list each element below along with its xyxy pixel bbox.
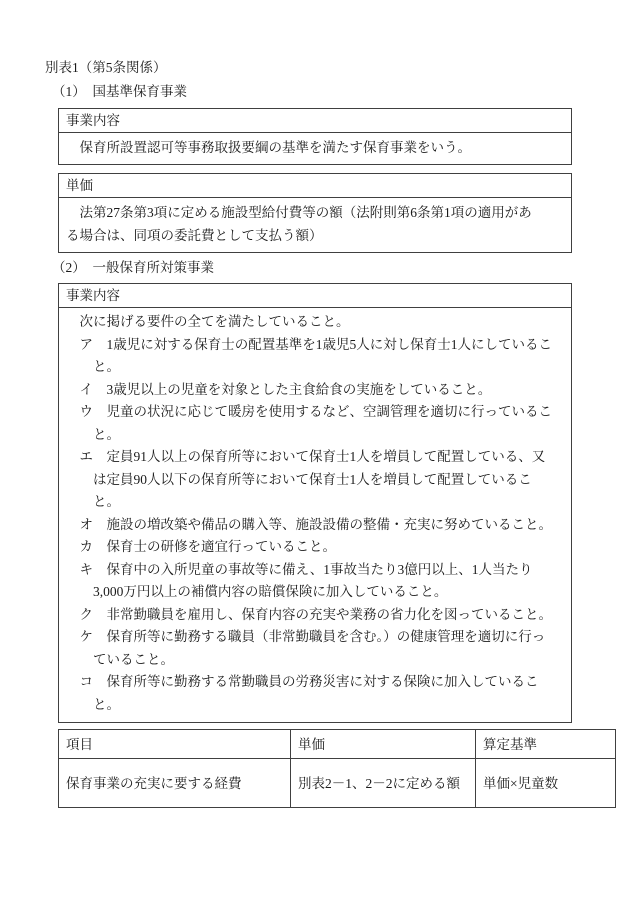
requirement-item: カ保育士の研修を適宜行っていること。 <box>66 536 557 559</box>
content-table-header: 事業内容 <box>59 109 571 133</box>
requirement-item: ウ児童の状況に応じて暖房を使用するなど、空調管理を適切に行っていること。 <box>66 401 557 446</box>
header-unit-price: 単価 <box>291 730 476 759</box>
item-label: ア <box>80 337 94 352</box>
item-text: 保育所等に勤務する職員（非常勤職員を含む。）の健康管理を適切に行っていること。 <box>93 629 545 667</box>
requirement-item: ク非常勤職員を雇用し、保育内容の充実や業務の省力化を図っていること。 <box>66 604 557 627</box>
item-label: ウ <box>80 404 94 419</box>
cost-table-row: 保育事業の充実に要する経費 別表2－1、2－2に定める額 単価×児童数 <box>59 759 616 808</box>
requirements-body: 次に掲げる要件の全てを満たしていること。 ア1歳児に対する保育士の配置基準を1歳… <box>59 308 571 722</box>
requirements-intro: 次に掲げる要件の全てを満たしていること。 <box>66 311 557 334</box>
cost-calculation-table: 項目 単価 算定基準 保育事業の充実に要する経費 別表2－1、2－2に定める額 … <box>58 729 616 808</box>
item-label: オ <box>80 517 94 532</box>
cell-unit-price: 別表2－1、2－2に定める額 <box>291 759 476 808</box>
item-text: 3歳児以上の児童を対象とした主食給食の実施をしていること。 <box>107 382 492 397</box>
cost-table-header-row: 項目 単価 算定基準 <box>59 730 616 759</box>
requirement-item: オ施設の増改築や備品の購入等、施設設備の整備・充実に努めていること。 <box>66 514 557 537</box>
item-label: コ <box>80 674 94 689</box>
section-1-price-table: 単価 法第27条第3項に定める施設型給付費等の額（法附則第6条第1項の適用がある… <box>58 173 572 253</box>
item-text: 施設の増改築や備品の購入等、施設設備の整備・充実に努めていること。 <box>107 517 553 532</box>
requirement-item: ア1歳児に対する保育士の配置基準を1歳児5人に対し保育士1人にしていること。 <box>66 334 557 379</box>
content-table-header: 事業内容 <box>59 284 571 308</box>
section-2-heading: （2） 一般保育所対策事業 <box>52 260 214 276</box>
section-2-content-table: 事業内容 次に掲げる要件の全てを満たしていること。 ア1歳児に対する保育士の配置… <box>58 283 572 723</box>
header-calc-basis: 算定基準 <box>476 730 616 759</box>
item-label: キ <box>80 562 94 577</box>
item-label: カ <box>80 539 94 554</box>
item-label: ケ <box>80 629 94 644</box>
item-text: 保育士の研修を適宜行っていること。 <box>107 539 337 554</box>
requirement-item: コ保育所等に勤務する常勤職員の労務災害に対する保険に加入していること。 <box>66 671 557 716</box>
content-table-body: 保育所設置認可等事務取扱要綱の基準を満たす保育事業をいう。 <box>59 133 571 164</box>
requirement-item: ケ保育所等に勤務する職員（非常勤職員を含む。）の健康管理を適切に行っていること。 <box>66 626 557 671</box>
item-label: イ <box>80 382 94 397</box>
requirement-item: エ定員91人以上の保育所等において保育士1人を増員して配置している、又は定員90… <box>66 446 557 514</box>
requirement-item: イ3歳児以上の児童を対象とした主食給食の実施をしていること。 <box>66 379 557 402</box>
section-1-content-table: 事業内容 保育所設置認可等事務取扱要綱の基準を満たす保育事業をいう。 <box>58 108 572 165</box>
item-text: 定員91人以上の保育所等において保育士1人を増員して配置している、又は定員90人… <box>93 449 545 509</box>
item-text: 1歳児に対する保育士の配置基準を1歳児5人に対し保育士1人にしていること。 <box>93 337 552 375</box>
item-text: 非常勤職員を雇用し、保育内容の充実や業務の省力化を図っていること。 <box>107 607 553 622</box>
header-item: 項目 <box>59 730 291 759</box>
item-label: ク <box>80 607 94 622</box>
cell-item: 保育事業の充実に要する経費 <box>59 759 291 808</box>
item-label: エ <box>80 449 94 464</box>
section-1-heading: （1） 国基準保育事業 <box>52 84 187 100</box>
document-title: 別表1（第5条関係） <box>45 60 167 76</box>
item-text: 保育中の入所児童の事故等に備え、1事故当たり3億円以上、1人当たり3,000万円… <box>93 562 533 600</box>
requirement-item: キ保育中の入所児童の事故等に備え、1事故当たり3億円以上、1人当たり3,000万… <box>66 559 557 604</box>
price-table-header: 単価 <box>59 174 571 198</box>
item-text: 児童の状況に応じて暖房を使用するなど、空調管理を適切に行っていること。 <box>93 404 552 442</box>
cell-calc-basis: 単価×児童数 <box>476 759 616 808</box>
price-table-body: 法第27条第3項に定める施設型給付費等の額（法附則第6条第1項の適用がある場合は… <box>59 198 571 252</box>
item-text: 保育所等に勤務する常勤職員の労務災害に対する保険に加入していること。 <box>93 674 539 712</box>
document-page: 別表1（第5条関係） （1） 国基準保育事業 事業内容 保育所設置認可等事務取扱… <box>0 0 630 903</box>
